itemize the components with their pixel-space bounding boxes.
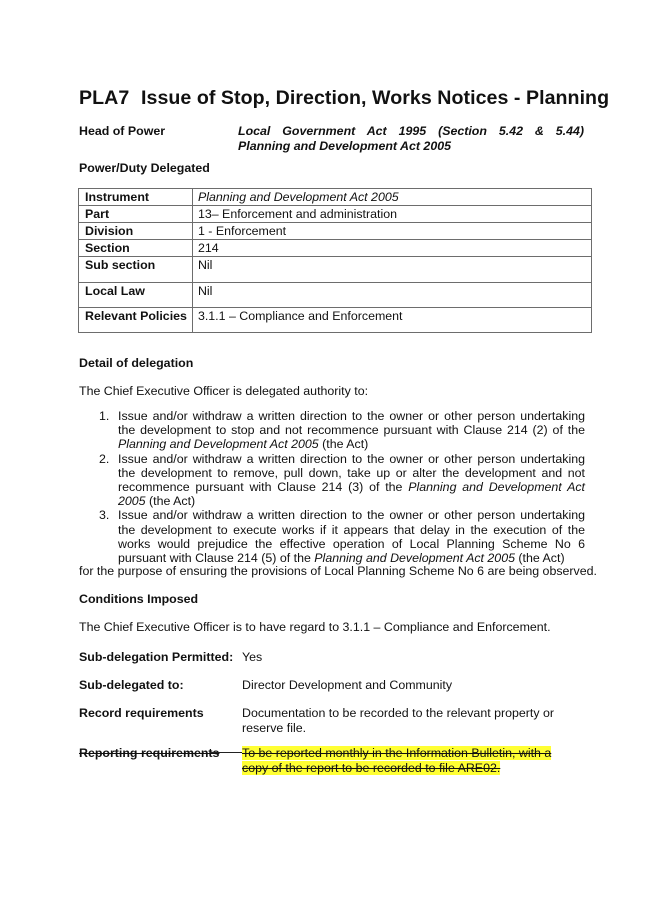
delegation-title: Issue of Stop, Direction, Works Notices …: [141, 87, 609, 109]
table-key: Local Law: [79, 283, 193, 308]
item-suffix: (the Act): [515, 551, 565, 565]
sub-delegation-permitted-value: Yes: [242, 650, 584, 665]
record-requirements-value: Documentation to be recorded to the rele…: [242, 706, 584, 735]
table-value: 13– Enforcement and administration: [192, 206, 591, 223]
table-key: Relevant Policies: [79, 308, 193, 333]
strikethrough-connector: [210, 752, 242, 753]
table-row: Section 214: [79, 240, 592, 257]
act-name: Planning and Development Act 2005: [314, 551, 515, 565]
reporting-requirements-label: Reporting requirements: [79, 746, 219, 760]
table-value: 3.1.1 – Compliance and Enforcement: [192, 308, 591, 333]
sub-delegated-to-value: Director Development and Community: [242, 678, 584, 693]
sub-delegated-to-label: Sub-delegated to:: [79, 678, 184, 692]
list-number: 3.: [99, 508, 109, 522]
sub-delegation-permitted-label: Sub-delegation Permitted:: [79, 650, 233, 664]
table-row: Relevant Policies 3.1.1 – Compliance and…: [79, 308, 592, 333]
table-row: Division 1 - Enforcement: [79, 223, 592, 240]
table-value: Planning and Development Act 2005: [192, 189, 591, 206]
purpose-text: for the purpose of ensuring the provisio…: [79, 564, 597, 578]
table-row: Sub section Nil: [79, 257, 592, 283]
delegation-list: 1.Issue and/or withdraw a written direct…: [79, 409, 585, 565]
item-text: Issue and/or withdraw a written directio…: [118, 409, 585, 437]
power-duty-heading: Power/Duty Delegated: [79, 161, 210, 175]
table-key: Part: [79, 206, 193, 223]
head-of-power-line2: Planning and Development Act 2005: [238, 139, 451, 153]
table-key: Division: [79, 223, 193, 240]
table-value: 1 - Enforcement: [192, 223, 591, 240]
conditions-heading: Conditions Imposed: [79, 592, 198, 606]
reporting-requirements-text: To be reported monthly in the Informatio…: [242, 746, 551, 775]
detail-heading: Detail of delegation: [79, 356, 193, 370]
act-name: Planning and Development Act 2005: [118, 437, 319, 451]
conditions-text: The Chief Executive Officer is to have r…: [79, 620, 551, 634]
list-number: 2.: [99, 452, 109, 466]
table-key: Instrument: [79, 189, 193, 206]
item-suffix: (the Act): [146, 494, 196, 508]
list-number: 1.: [99, 409, 109, 423]
list-item: 1.Issue and/or withdraw a written direct…: [79, 409, 585, 452]
delegation-table: Instrument Planning and Development Act …: [78, 188, 592, 333]
reporting-requirements-value: To be reported monthly in the Informatio…: [242, 746, 578, 775]
table-row: Instrument Planning and Development Act …: [79, 189, 592, 206]
document-title: PLA7Issue of Stop, Direction, Works Noti…: [79, 87, 609, 110]
table-row: Local Law Nil: [79, 283, 592, 308]
delegation-code: PLA7: [79, 87, 141, 110]
table-key: Sub section: [79, 257, 193, 283]
table-row: Part 13– Enforcement and administration: [79, 206, 592, 223]
table-key: Section: [79, 240, 193, 257]
table-value: 214: [192, 240, 591, 257]
detail-intro: The Chief Executive Officer is delegated…: [79, 384, 368, 398]
item-suffix: (the Act): [319, 437, 369, 451]
record-requirements-label: Record requirements: [79, 706, 204, 720]
head-of-power-label: Head of Power: [79, 124, 165, 138]
list-item: 3.Issue and/or withdraw a written direct…: [79, 508, 585, 565]
table-value: Nil: [192, 283, 591, 308]
head-of-power-line1: Local Government Act 1995 (Section 5.42 …: [238, 124, 584, 139]
list-item: 2.Issue and/or withdraw a written direct…: [79, 452, 585, 509]
table-value: Nil: [192, 257, 591, 283]
